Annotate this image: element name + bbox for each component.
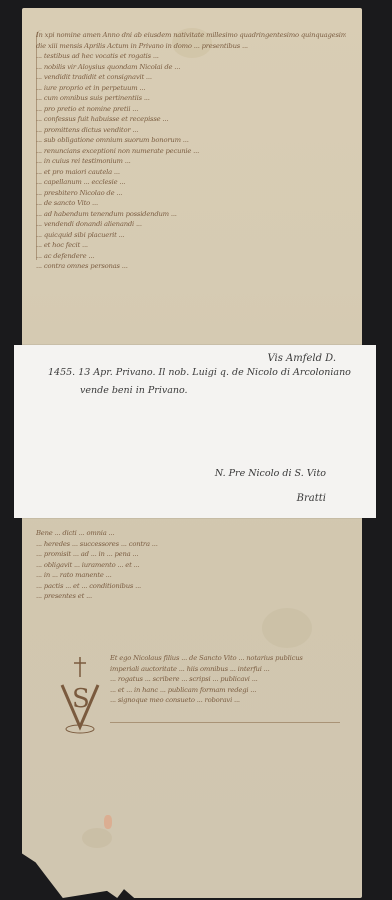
text-line: ... capellanum ... ecclesie ...: [36, 177, 346, 188]
stain: [82, 828, 112, 848]
middle-text-block: Bene ... dicti ... omnia ... ... heredes…: [36, 528, 346, 602]
text-line: ... promisit ... ad ... in ... pena ...: [36, 549, 346, 560]
svg-text:S: S: [72, 684, 90, 714]
stain: [262, 608, 312, 648]
text-line: ... vendidit tradidit et consignavit ...: [36, 72, 346, 83]
text-line: die xiii mensis Aprilis Actum in Privano…: [36, 41, 346, 52]
text-line: Et ego Nicolaus filius ... de Sancto Vit…: [110, 653, 350, 664]
upper-text-block: In xpi nomine amen Anno dni ab eiusdem n…: [36, 30, 346, 272]
text-line: ... sub obligatione omnium suorum bonoru…: [36, 135, 346, 146]
text-line: ... in cuius rei testimonium ...: [36, 156, 346, 167]
ruled-line: [110, 722, 340, 723]
text-line: ... vendendi donandi alienandi ...: [36, 219, 346, 230]
text-line: ... cum omnibus suis pertinentiis ...: [36, 93, 346, 104]
red-stain: [104, 815, 112, 829]
text-line: ... testibus ad hec vocatis et rogatis .…: [36, 51, 346, 62]
text-line: ... promittens dictus venditor ...: [36, 125, 346, 136]
text-line: ... rogatus ... scribere ... scripsi ...…: [110, 674, 350, 685]
text-line: ... et hoc fecit ...: [36, 240, 346, 251]
text-line: ... obligavit ... iuramento ... et ...: [36, 560, 346, 571]
text-line: ... renuncians exceptioni non numerate p…: [36, 146, 346, 157]
text-line: ... signoque meo consueto ... roboravi .…: [110, 695, 350, 706]
text-line: ... nobilis vir Aloysius quondam Nicolai…: [36, 62, 346, 73]
text-line: ... presentes et ...: [36, 591, 346, 602]
label-summary-line2: vende beni in Privano.: [80, 385, 188, 396]
text-line: ... heredes ... successores ... contra .…: [36, 539, 346, 550]
text-line: ... quicquid sibi placuerit ...: [36, 230, 346, 241]
notary-text-block: Et ego Nicolaus filius ... de Sancto Vit…: [110, 653, 350, 706]
archival-label: Vis Amfeld D. 1455. 13 Apr. Privano. Il …: [14, 345, 376, 518]
text-line: ... presbitero Nicolao de ...: [36, 188, 346, 199]
text-line: ... pro pretio et nomine pretii ...: [36, 104, 346, 115]
label-notary-note: N. Pre Nicolo di S. Vito: [215, 468, 326, 479]
notary-signum-icon: S: [60, 655, 110, 735]
text-line: In xpi nomine amen Anno dni ab eiusdem n…: [36, 30, 346, 41]
label-top-note: Vis Amfeld D.: [268, 353, 337, 364]
text-line: Bene ... dicti ... omnia ...: [36, 528, 346, 539]
text-line: imperiali auctoritate ... hiis omnibus .…: [110, 664, 350, 675]
label-summary-line1: 1455. 13 Apr. Privano. Il nob. Luigi q. …: [48, 367, 351, 378]
text-line: ... ad habendum tenendum possidendum ...: [36, 209, 346, 220]
text-line: ... de sancto Vito ...: [36, 198, 346, 209]
text-line: ... et ... in hanc ... publicam formam r…: [110, 685, 350, 696]
text-line: ... iure proprio et in perpetuum ...: [36, 83, 346, 94]
text-line: ... confessus fuit habuisse et recepisse…: [36, 114, 346, 125]
text-line: ... in ... rato manente ...: [36, 570, 346, 581]
text-line: ... contra omnes personas ...: [36, 261, 346, 272]
text-line: ... ac defendere ...: [36, 251, 346, 262]
text-line: ... et pro maiori cautela ...: [36, 167, 346, 178]
label-signature: Bratti: [297, 493, 326, 504]
text-line: ... pactis ... et ... conditionibus ...: [36, 581, 346, 592]
